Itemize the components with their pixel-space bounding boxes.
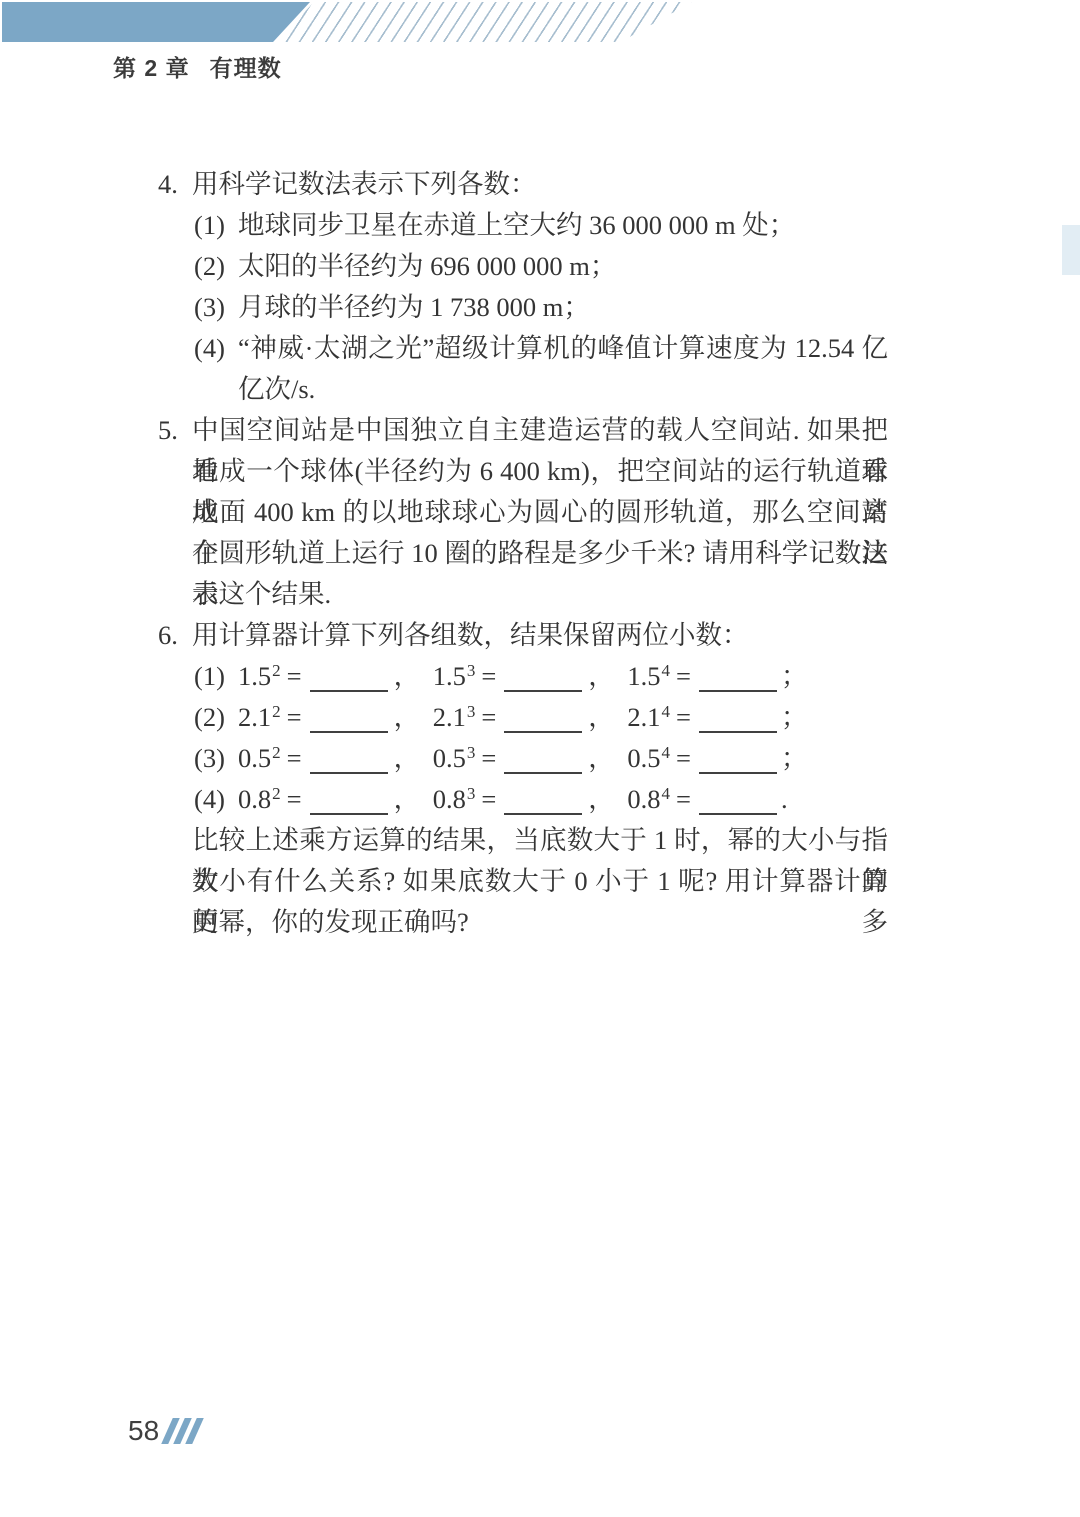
power-expression: 1.53= [433,661,587,691]
answer-blank [699,750,777,774]
item-marker: (4) [194,779,225,820]
problem-number: 4. [158,164,178,205]
separator-comma: ， [588,661,615,691]
answer-blank [504,750,582,774]
answer-blank [310,668,388,692]
answer-blank [310,709,388,733]
textbook-page: 第 2 章有理数 4. 用科学记数法表示下列各数： (1) 地球同步卫星在赤道上… [0,0,1080,1517]
equals-sign: = [287,784,302,814]
item-marker: (2) [194,246,225,287]
equals-sign: = [287,702,302,732]
problem-title: 用计算器计算下列各组数，结果保留两位小数： [192,615,888,656]
answer-blank [699,791,777,815]
exponent: 4 [662,702,671,721]
problem-5: 5. 中国空间站是中国独立自主建造运营的载人空间站. 如果把地球 看成一个球体(… [158,410,888,615]
answer-blank [699,668,777,692]
power-expression: 0.83= [433,784,587,814]
calc-row: (3) 0.52=， 0.53=， 0.54=； [192,738,888,779]
paragraph-line: 个圆形轨道上运行 10 圈的路程是多少千米? 请用科学记数法表 [192,533,888,574]
power-expression: 0.53= [433,743,587,773]
calc-row: (4) 0.82=， 0.83=， 0.84=. [192,779,888,820]
power-expression: 0.54= [627,743,781,773]
equals-sign: = [481,661,496,691]
problem-item: (4) “神威·太湖之光”超级计算机的峰值计算速度为 12.54 亿 [192,328,888,369]
equals-sign: = [287,743,302,773]
separator-comma: ， [588,702,615,732]
row-end-punctuation: ； [781,702,808,732]
banner-hatch-pattern [272,2,692,42]
exponent: 2 [272,702,281,721]
power-expression: 0.82= [238,784,392,814]
row-end-punctuation: ； [781,661,808,691]
equals-sign: = [481,702,496,732]
chapter-banner-shape [2,2,310,42]
power-expression: 0.84= [627,784,781,814]
row-end-punctuation: . [781,784,788,814]
separator-comma: ， [394,743,421,773]
power-expression: 2.12= [238,702,392,732]
exponent: 3 [467,702,476,721]
item-marker: (3) [194,287,225,328]
equals-sign: = [287,661,302,691]
problem-item: (1) 地球同步卫星在赤道上空大约 36 000 000 m 处； [192,205,888,246]
equals-sign: = [676,661,691,691]
item-text: 地球同步卫星在赤道上空大约 36 000 000 m 处； [238,210,795,240]
problem-title: 用科学记数法表示下列各数： [192,164,888,205]
paragraph-line: 中国空间站是中国独立自主建造运营的载人空间站. 如果把地球 [192,410,888,451]
exponent: 4 [662,661,671,680]
power-expression: 2.13= [433,702,587,732]
item-marker: (1) [194,656,225,697]
exponent: 3 [467,784,476,803]
exponent: 4 [662,784,671,803]
calc-row: (1) 1.52=， 1.53=， 1.54=； [192,656,888,697]
page-footer: 58 [128,1415,203,1447]
exponent: 3 [467,661,476,680]
item-text: “神威·太湖之光”超级计算机的峰值计算速度为 12.54 亿 [238,333,888,363]
power-expression: 1.54= [627,661,781,691]
exponent: 4 [662,743,671,762]
equals-sign: = [481,743,496,773]
equals-sign: = [481,784,496,814]
power-expression: 1.52= [238,661,392,691]
item-marker: (4) [194,328,225,369]
item-continuation: 亿次/s. [192,369,888,410]
chapter-title: 有理数 [210,55,282,81]
separator-comma: ， [394,784,421,814]
answer-blank [504,668,582,692]
paragraph-line: 示这个结果. [192,574,888,615]
power-expression: 0.52= [238,743,392,773]
equals-sign: = [676,702,691,732]
answer-blank [504,791,582,815]
answer-blank [504,709,582,733]
paragraph-line: 看成一个球体(半径约为 6 400 km)，把空间站的运行轨道看成离 [192,451,888,492]
exercise-content: 4. 用科学记数法表示下列各数： (1) 地球同步卫星在赤道上空大约 36 00… [158,164,888,943]
calc-row: (2) 2.12=， 2.13=， 2.14=； [192,697,888,738]
power-expression: 2.14= [627,702,781,732]
item-marker: (2) [194,697,225,738]
equals-sign: = [676,743,691,773]
page-number: 58 [128,1415,159,1447]
footer-slashes-icon [167,1418,203,1444]
problem-6: 6. 用计算器计算下列各组数，结果保留两位小数： (1) 1.52=， 1.53… [158,615,888,943]
separator-comma: ， [588,784,615,814]
answer-blank [699,709,777,733]
separator-comma: ， [394,661,421,691]
chapter-number: 第 2 章 [113,55,190,81]
chapter-header: 第 2 章有理数 [113,50,282,83]
item-marker: (3) [194,738,225,779]
separator-comma: ， [394,702,421,732]
problem-item: (2) 太阳的半径约为 696 000 000 m； [192,246,888,287]
paragraph-line: 比较上述乘方运算的结果，当底数大于 1 时，幂的大小与指数的 [192,820,888,861]
exponent: 3 [467,743,476,762]
separator-comma: ， [588,743,615,773]
exponent: 2 [272,743,281,762]
problem-item: (3) 月球的半径约为 1 738 000 m； [192,287,888,328]
exponent: 2 [272,784,281,803]
row-end-punctuation: ； [781,743,808,773]
problem-number: 6. [158,615,178,656]
problem-4: 4. 用科学记数法表示下列各数： (1) 地球同步卫星在赤道上空大约 36 00… [158,164,888,410]
paragraph-line: 大小有什么关系? 如果底数大于 0 小于 1 呢? 用计算器计算更多 [192,861,888,902]
equals-sign: = [676,784,691,814]
paragraph-line: 地面 400 km 的以地球球心为圆心的圆形轨道，那么空间站在这 [192,492,888,533]
item-text: 月球的半径约为 1 738 000 m； [238,292,590,322]
item-marker: (1) [194,205,225,246]
page-edge-tab [1062,225,1080,275]
answer-blank [310,750,388,774]
exponent: 2 [272,661,281,680]
item-text: 太阳的半径约为 696 000 000 m； [238,251,616,281]
answer-blank [310,791,388,815]
problem-number: 5. [158,410,178,451]
